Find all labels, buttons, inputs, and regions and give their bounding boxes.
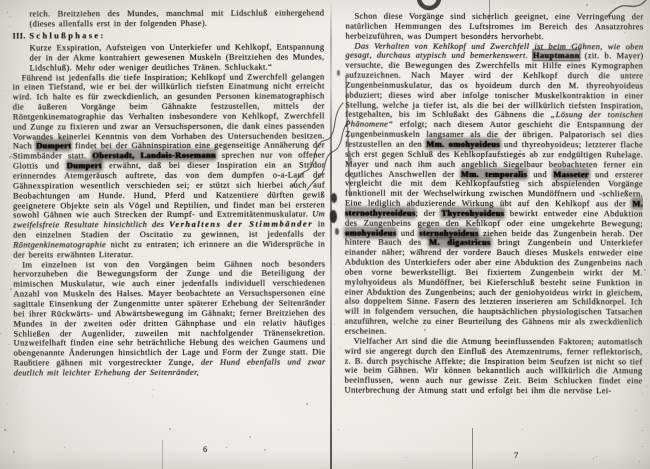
noise-speck	[4, 429, 6, 431]
page-left-text-column: reich. Breitziehen des Mundes, manchmal …	[12, 8, 325, 378]
noise-speck	[339, 71, 340, 72]
page-number-left: 6	[203, 444, 207, 454]
noise-speck	[646, 199, 647, 200]
text-run: Röntgenkinematographie	[13, 239, 106, 249]
text-run: Schlußphase:	[29, 30, 105, 40]
text-run: III.	[12, 31, 29, 41]
noise-speck	[340, 348, 341, 349]
noise-speck	[169, 428, 171, 430]
page-fold-line	[330, 0, 332, 469]
text-run: Kurze Exspiration, Aufsteigen von Unterk…	[29, 41, 324, 72]
noise-speck	[646, 386, 647, 387]
text-run: bringt Zungenbein und Unterkiefer einand…	[345, 237, 643, 335]
noise-speck	[302, 382, 303, 383]
noise-speck	[11, 383, 12, 384]
noise-speck	[4, 151, 5, 152]
noise-speck	[8, 148, 9, 149]
noise-speck	[642, 446, 643, 447]
noise-speck	[0, 87, 1, 88]
noise-speck	[10, 288, 12, 290]
noise-speck	[406, 457, 407, 458]
ink-blot	[335, 228, 339, 235]
crease-line-bottom-left	[162, 440, 163, 469]
noise-speck	[3, 85, 4, 86]
noise-speck	[642, 453, 643, 454]
noise-speck	[16, 385, 17, 386]
noise-speck	[515, 429, 516, 430]
text-run: Masseter	[553, 169, 589, 179]
noise-speck	[153, 389, 154, 390]
text-run: Im einzelnen ist von den Vorgängen beim …	[13, 258, 325, 368]
noise-speck	[646, 315, 647, 316]
paragraph: Schon diese Vorgänge sind sicherlich gee…	[345, 12, 643, 42]
noise-speck	[152, 396, 153, 397]
noise-speck	[7, 12, 8, 13]
ink-blot	[330, 210, 337, 223]
text-run: reich. Breitziehen des Mundes, manchmal …	[29, 7, 324, 28]
page-number-right: 7	[514, 450, 518, 460]
noise-speck	[0, 333, 1, 334]
noise-speck	[64, 447, 65, 448]
noise-speck	[264, 449, 266, 451]
crease-line-bottom-right	[472, 428, 473, 469]
noise-speck	[596, 456, 597, 457]
paragraph: Führend ist jedenfalls die tiefe Inspira…	[13, 72, 326, 260]
noise-speck	[7, 403, 8, 404]
noise-speck	[636, 410, 637, 411]
section-heading: III. Schlußphase:	[12, 31, 324, 42]
noise-speck	[642, 430, 643, 431]
noise-speck	[338, 429, 339, 430]
noise-speck	[13, 451, 15, 453]
noise-speck	[10, 16, 11, 17]
paragraph: Kurze Exspiration, Aufsteigen von Unterk…	[12, 42, 324, 73]
text-run: ; der	[415, 208, 441, 218]
text-run: Mm. omohyoideus	[426, 139, 500, 149]
noise-speck	[648, 394, 649, 395]
paragraph: Im einzelnen ist von den Vorgängen beim …	[13, 259, 325, 378]
noise-speck	[9, 344, 10, 345]
text-run: Schon diese Vorgänge sind sicherlich gee…	[345, 11, 643, 41]
page-right-text-column: Schon diese Vorgänge sind sicherlich gee…	[344, 12, 643, 397]
scanned-book-spread: reich. Breitziehen des Mundes, manchmal …	[0, 0, 650, 469]
noise-speck	[648, 74, 650, 76]
noise-speck	[9, 26, 10, 27]
noise-speck	[401, 3, 402, 4]
noise-speck	[614, 2, 615, 3]
text-run: Mm. temporalis	[461, 168, 527, 178]
noise-speck	[593, 458, 594, 459]
ink-blot	[337, 70, 340, 76]
noise-speck	[334, 324, 335, 325]
ink-blot	[331, 193, 337, 203]
text-run: Thyreohyoideus	[441, 208, 504, 218]
text-run: M. digastricus	[429, 237, 491, 247]
noise-speck	[644, 269, 646, 271]
noise-speck	[1, 166, 2, 167]
noise-speck	[586, 4, 588, 6]
noise-speck	[647, 19, 648, 20]
noise-speck	[522, 429, 523, 430]
noise-speck	[306, 403, 308, 405]
noise-speck	[249, 436, 251, 438]
paragraph: Vielfacher Art sind die die Atmung beein…	[344, 336, 642, 396]
noise-speck	[9, 156, 11, 158]
noise-speck	[226, 447, 227, 448]
noise-speck	[474, 467, 475, 468]
noise-speck	[1, 90, 3, 92]
noise-speck	[647, 352, 648, 353]
noise-speck	[639, 461, 640, 462]
paragraph: reich. Breitziehen des Mundes, manchmal …	[12, 8, 324, 29]
noise-speck	[11, 154, 12, 155]
text-run: Dumpert	[66, 160, 101, 170]
text-run: Vielfacher Art sind die die Atmung beein…	[345, 335, 643, 395]
paragraph: Das Verhalten von Kehlkopf und Zwerchfel…	[345, 41, 644, 337]
text-run: und	[527, 169, 553, 179]
text-run: Hauptmann	[533, 50, 580, 60]
